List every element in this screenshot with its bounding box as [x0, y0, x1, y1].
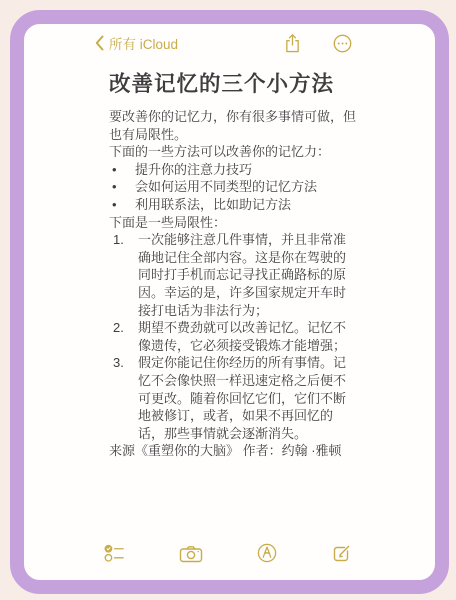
bottom-toolbar	[103, 542, 355, 564]
item-text: 一次能够注意几件事情，并且非常准确地记住全部内容。这是你在驾驶的同时打手机而忘记…	[138, 231, 357, 319]
compose-icon[interactable]	[329, 542, 355, 564]
source-line: 来源《重塑你的大脑》 作者：约翰 ·雅顿	[109, 442, 357, 460]
limitations-heading: 下面是一些局限性：	[109, 214, 357, 232]
item-number: 2.	[109, 319, 138, 354]
note-card: 所有 iCloud	[10, 10, 449, 594]
item-text: 期望不费劲就可以改善记忆。记忆不像遗传，它必须接受锻炼才能增强；	[138, 319, 357, 354]
back-button[interactable]: 所有 iCloud	[95, 33, 178, 53]
back-button-label: 所有 iCloud	[109, 33, 178, 53]
note-title: 改善记忆的三个小方法	[109, 67, 357, 98]
nav-bar: 所有 iCloud	[95, 32, 357, 54]
numbered-item: 2. 期望不费劲就可以改善记忆。记忆不像遗传，它必须接受锻炼才能增强；	[109, 319, 357, 354]
note-body[interactable]: 要改善你的记忆力，你有很多事情可做，但也有局限性。 下面的一些方法可以改善你的记…	[109, 108, 357, 460]
ellipsis-icon[interactable]	[329, 32, 355, 54]
nav-actions	[279, 32, 355, 54]
markup-icon[interactable]	[254, 542, 280, 564]
bullet-item: • 提升你的注意力技巧	[109, 161, 357, 179]
bullet-item: • 会如何运用不同类型的记忆方法	[109, 178, 357, 196]
bullet-text: 提升你的注意力技巧	[135, 161, 357, 179]
share-icon[interactable]	[279, 32, 305, 54]
checklist-icon[interactable]	[103, 542, 129, 564]
bullet-item: • 利用联系法，比如助记方法	[109, 196, 357, 214]
notes-app-screenshot: 所有 iCloud	[95, 28, 357, 580]
camera-icon[interactable]	[178, 542, 204, 564]
item-text: 假定你能记住你经历的所有事情。记忆不会像快照一样迅速定格之后便不可更改。随着你回…	[138, 354, 357, 442]
bullet-dot: •	[109, 161, 135, 179]
intro-paragraph: 下面的一些方法可以改善你的记忆力：	[109, 143, 357, 161]
item-number: 1.	[109, 231, 138, 319]
bullet-text: 利用联系法，比如助记方法	[135, 196, 357, 214]
intro-paragraph: 要改善你的记忆力，你有很多事情可做，但也有局限性。	[109, 108, 357, 143]
numbered-item: 3. 假定你能记住你经历的所有事情。记忆不会像快照一样迅速定格之后便不可更改。随…	[109, 354, 357, 442]
bullet-dot: •	[109, 196, 135, 214]
bullet-dot: •	[109, 178, 135, 196]
numbered-item: 1. 一次能够注意几件事情，并且非常准确地记住全部内容。这是你在驾驶的同时打手机…	[109, 231, 357, 319]
bullet-text: 会如何运用不同类型的记忆方法	[135, 178, 357, 196]
back-chevron-icon	[95, 35, 104, 51]
item-number: 3.	[109, 354, 138, 442]
